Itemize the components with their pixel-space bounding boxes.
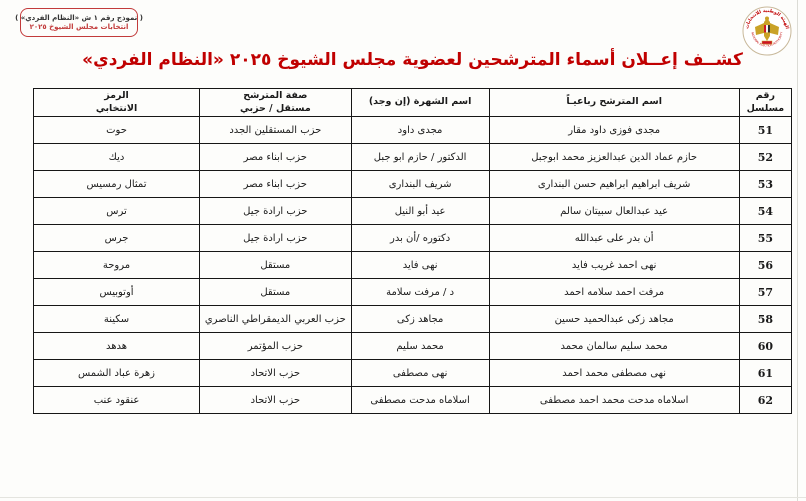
table-row: 58 مجاهد زكى عبدالحميد حسين مجاهد زكى حز…: [34, 306, 792, 333]
col-header-serial: رقم مسلسل: [739, 89, 791, 117]
form-elections-text: انتخابات مجلس الشيوخ ٢٠٢٥: [30, 23, 129, 32]
cell-electoral-symbol: زهرة عباد الشمس: [34, 360, 200, 387]
cell-electoral-symbol: ديك: [34, 144, 200, 171]
cell-serial: 60: [739, 333, 791, 360]
cell-famous-name: عيد أبو النيل: [351, 198, 489, 225]
cell-capacity: مستقل: [200, 279, 352, 306]
cell-serial: 55: [739, 225, 791, 252]
cell-serial: 58: [739, 306, 791, 333]
cell-serial: 61: [739, 360, 791, 387]
cell-famous-name: د / مرفت سلامة: [351, 279, 489, 306]
cell-electoral-symbol: أوتوبيس: [34, 279, 200, 306]
cell-candidate-name: مرفت احمد سلامه احمد: [489, 279, 739, 306]
cell-serial: 54: [739, 198, 791, 225]
cell-electoral-symbol: سكينة: [34, 306, 200, 333]
cell-electoral-symbol: حوت: [34, 117, 200, 144]
cell-famous-name: الدكتور / حازم ابو جبل: [351, 144, 489, 171]
cell-candidate-name: نهى مصطفى محمد احمد: [489, 360, 739, 387]
cell-capacity: حزب الاتحاد: [200, 387, 352, 414]
cell-candidate-name: أن بدر على عبدالله: [489, 225, 739, 252]
table-row: 53 شريف ابراهيم ابراهيم حسن البندارى شري…: [34, 171, 792, 198]
cell-capacity: حزب ابناء مصر: [200, 171, 352, 198]
cell-capacity: حزب المستقلين الجدد: [200, 117, 352, 144]
cell-candidate-name: عيد عبدالعال سبيتان سالم: [489, 198, 739, 225]
table-header-row: رقم مسلسل اسم المترشح رباعيـاً اسم الشهر…: [34, 89, 792, 117]
candidates-table: رقم مسلسل اسم المترشح رباعيـاً اسم الشهر…: [33, 88, 792, 414]
cell-candidate-name: مجاهد زكى عبدالحميد حسين: [489, 306, 739, 333]
form-number-box: ( نموذج رقم ١ ش «النظام الفردي» ) انتخاب…: [20, 8, 138, 37]
cell-candidate-name: شريف ابراهيم ابراهيم حسن البندارى: [489, 171, 739, 198]
page-edge-right: [797, 0, 798, 501]
cell-capacity: مستقل: [200, 252, 352, 279]
page-title: كشــف إعــلان أسماء المترشحين لعضوية مجل…: [33, 50, 792, 70]
cell-candidate-name: اسلاماه مدحت محمد احمد مصطفى: [489, 387, 739, 414]
cell-electoral-symbol: جرس: [34, 225, 200, 252]
col-header-shohra: اسم الشهرة (إن وجد): [351, 89, 489, 117]
table-row: 54 عيد عبدالعال سبيتان سالم عيد أبو الني…: [34, 198, 792, 225]
elections-authority-emblem: الهيئة الوطنية للانتخابات NATIONAL ELECT…: [742, 6, 792, 56]
cell-capacity: حزب ارادة جيل: [200, 225, 352, 252]
cell-famous-name: محمد سليم: [351, 333, 489, 360]
cell-famous-name: دكتوره /أن بدر: [351, 225, 489, 252]
table-row: 62 اسلاماه مدحت محمد احمد مصطفى اسلاماه …: [34, 387, 792, 414]
cell-electoral-symbol: تمثال رمسيس: [34, 171, 200, 198]
cell-candidate-name: محمد سليم سالمان محمد: [489, 333, 739, 360]
cell-serial: 51: [739, 117, 791, 144]
col-header-capacity: صفة المترشح مستقل / حزبي: [200, 89, 352, 117]
cell-electoral-symbol: هدهد: [34, 333, 200, 360]
cell-electoral-symbol: عنقود عنب: [34, 387, 200, 414]
eagle-emblem-icon: الهيئة الوطنية للانتخابات NATIONAL ELECT…: [742, 6, 792, 56]
cell-electoral-symbol: ترس: [34, 198, 200, 225]
cell-capacity: حزب العربي الديمقراطي الناصري: [200, 306, 352, 333]
cell-famous-name: مجدى داود: [351, 117, 489, 144]
cell-serial: 53: [739, 171, 791, 198]
cell-serial: 56: [739, 252, 791, 279]
cell-serial: 62: [739, 387, 791, 414]
table-row: 52 حازم عماد الدين عبدالعزيز محمد ابوجبل…: [34, 144, 792, 171]
cell-famous-name: نهى فايد: [351, 252, 489, 279]
col-header-name: اسم المترشح رباعيـاً: [489, 89, 739, 117]
col-header-symbol: الرمز الانتخابي: [34, 89, 200, 117]
cell-electoral-symbol: مروحة: [34, 252, 200, 279]
table-row: 60 محمد سليم سالمان محمد محمد سليم حزب ا…: [34, 333, 792, 360]
cell-candidate-name: حازم عماد الدين عبدالعزيز محمد ابوجبل: [489, 144, 739, 171]
document-page: ( نموذج رقم ١ ش «النظام الفردي» ) انتخاب…: [0, 0, 806, 501]
table-row: 56 نهى احمد غريب فايد نهى فايد مستقل مرو…: [34, 252, 792, 279]
cell-capacity: حزب ارادة جيل: [200, 198, 352, 225]
cell-famous-name: نهى مصطفى: [351, 360, 489, 387]
cell-capacity: حزب المؤتمر: [200, 333, 352, 360]
table-row: 61 نهى مصطفى محمد احمد نهى مصطفى حزب الا…: [34, 360, 792, 387]
table-row: 55 أن بدر على عبدالله دكتوره /أن بدر حزب…: [34, 225, 792, 252]
cell-candidate-name: نهى احمد غريب فايد: [489, 252, 739, 279]
page-edge-bottom: [0, 497, 806, 498]
cell-candidate-name: مجدى فوزى داود مقار: [489, 117, 739, 144]
cell-serial: 52: [739, 144, 791, 171]
table-row: 57 مرفت احمد سلامه احمد د / مرفت سلامة م…: [34, 279, 792, 306]
table-row: 51 مجدى فوزى داود مقار مجدى داود حزب الم…: [34, 117, 792, 144]
cell-famous-name: مجاهد زكى: [351, 306, 489, 333]
cell-capacity: حزب الاتحاد: [200, 360, 352, 387]
cell-serial: 57: [739, 279, 791, 306]
cell-famous-name: اسلاماه مدحت مصطفى: [351, 387, 489, 414]
cell-capacity: حزب ابناء مصر: [200, 144, 352, 171]
cell-famous-name: شريف البندارى: [351, 171, 489, 198]
form-number-text: ( نموذج رقم ١ ش «النظام الفردي» ): [15, 14, 143, 23]
